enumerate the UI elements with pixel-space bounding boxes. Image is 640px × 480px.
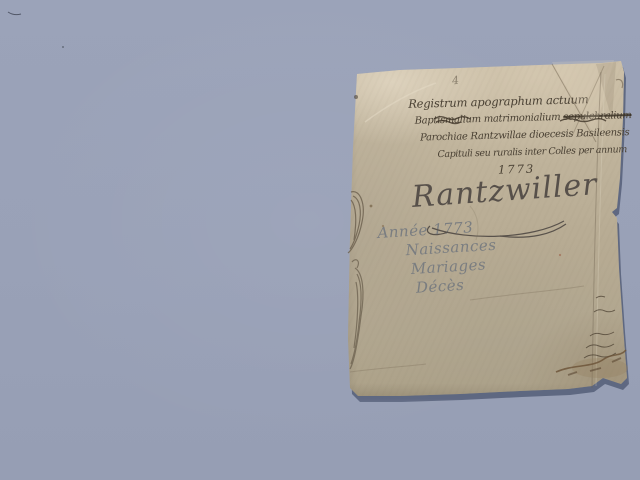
inscription-line2-word2: matrimonialium [481,112,564,125]
inscription-line2-word3-struck: sepulchralium [563,110,632,123]
inscription-line2-word1: Baptismalium [415,114,481,127]
pencil-annotations: Année 1773 Naissances Mariages Décès [377,217,499,300]
photo-stage: 4 Registrum apographum actuum Baptismali… [0,0,640,480]
latin-inscription: Registrum apographum actuum Baptismalium… [404,90,636,181]
